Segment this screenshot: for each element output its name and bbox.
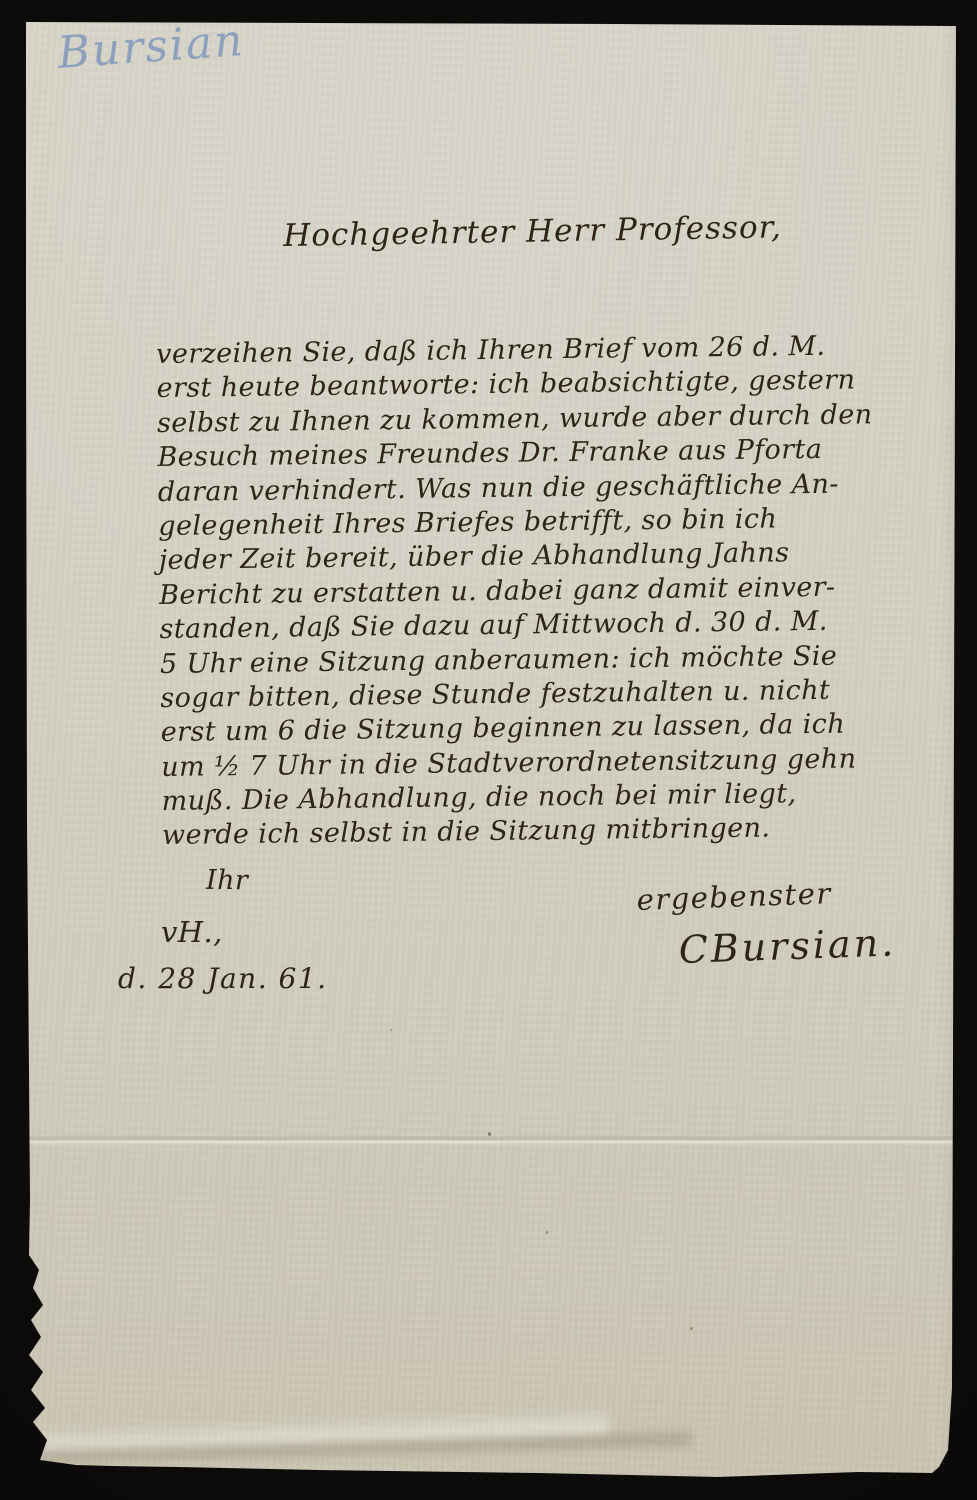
bottom-curl-shadow [32,1432,692,1462]
paper-speck [546,1231,548,1234]
archivist-annotation: Bursian [56,15,246,79]
letter-body: verzeihen Sie, daß ich Ihren Brief vom 2… [156,328,968,854]
paper-speck [488,1132,491,1136]
valediction: ergebenster [636,876,832,917]
closing-pronoun: Ihr [206,865,248,896]
letter-paper: Bursian Hochgeehrter Herr Professor, ver… [18,20,962,1478]
paper-speck [690,1327,693,1330]
bottom-curl-highlight [38,1408,609,1454]
paper-speck [390,1029,392,1031]
photo-backdrop: Bursian Hochgeehrter Herr Professor, ver… [0,0,977,1500]
date-line: d. 28 Jan. 61. [118,962,328,995]
horizontal-fold-crease [18,1136,962,1145]
salutation: Hochgeehrter Herr Professor, [283,209,782,254]
place-abbreviation: vH., [161,915,223,949]
signature: CBursian. [678,920,897,972]
